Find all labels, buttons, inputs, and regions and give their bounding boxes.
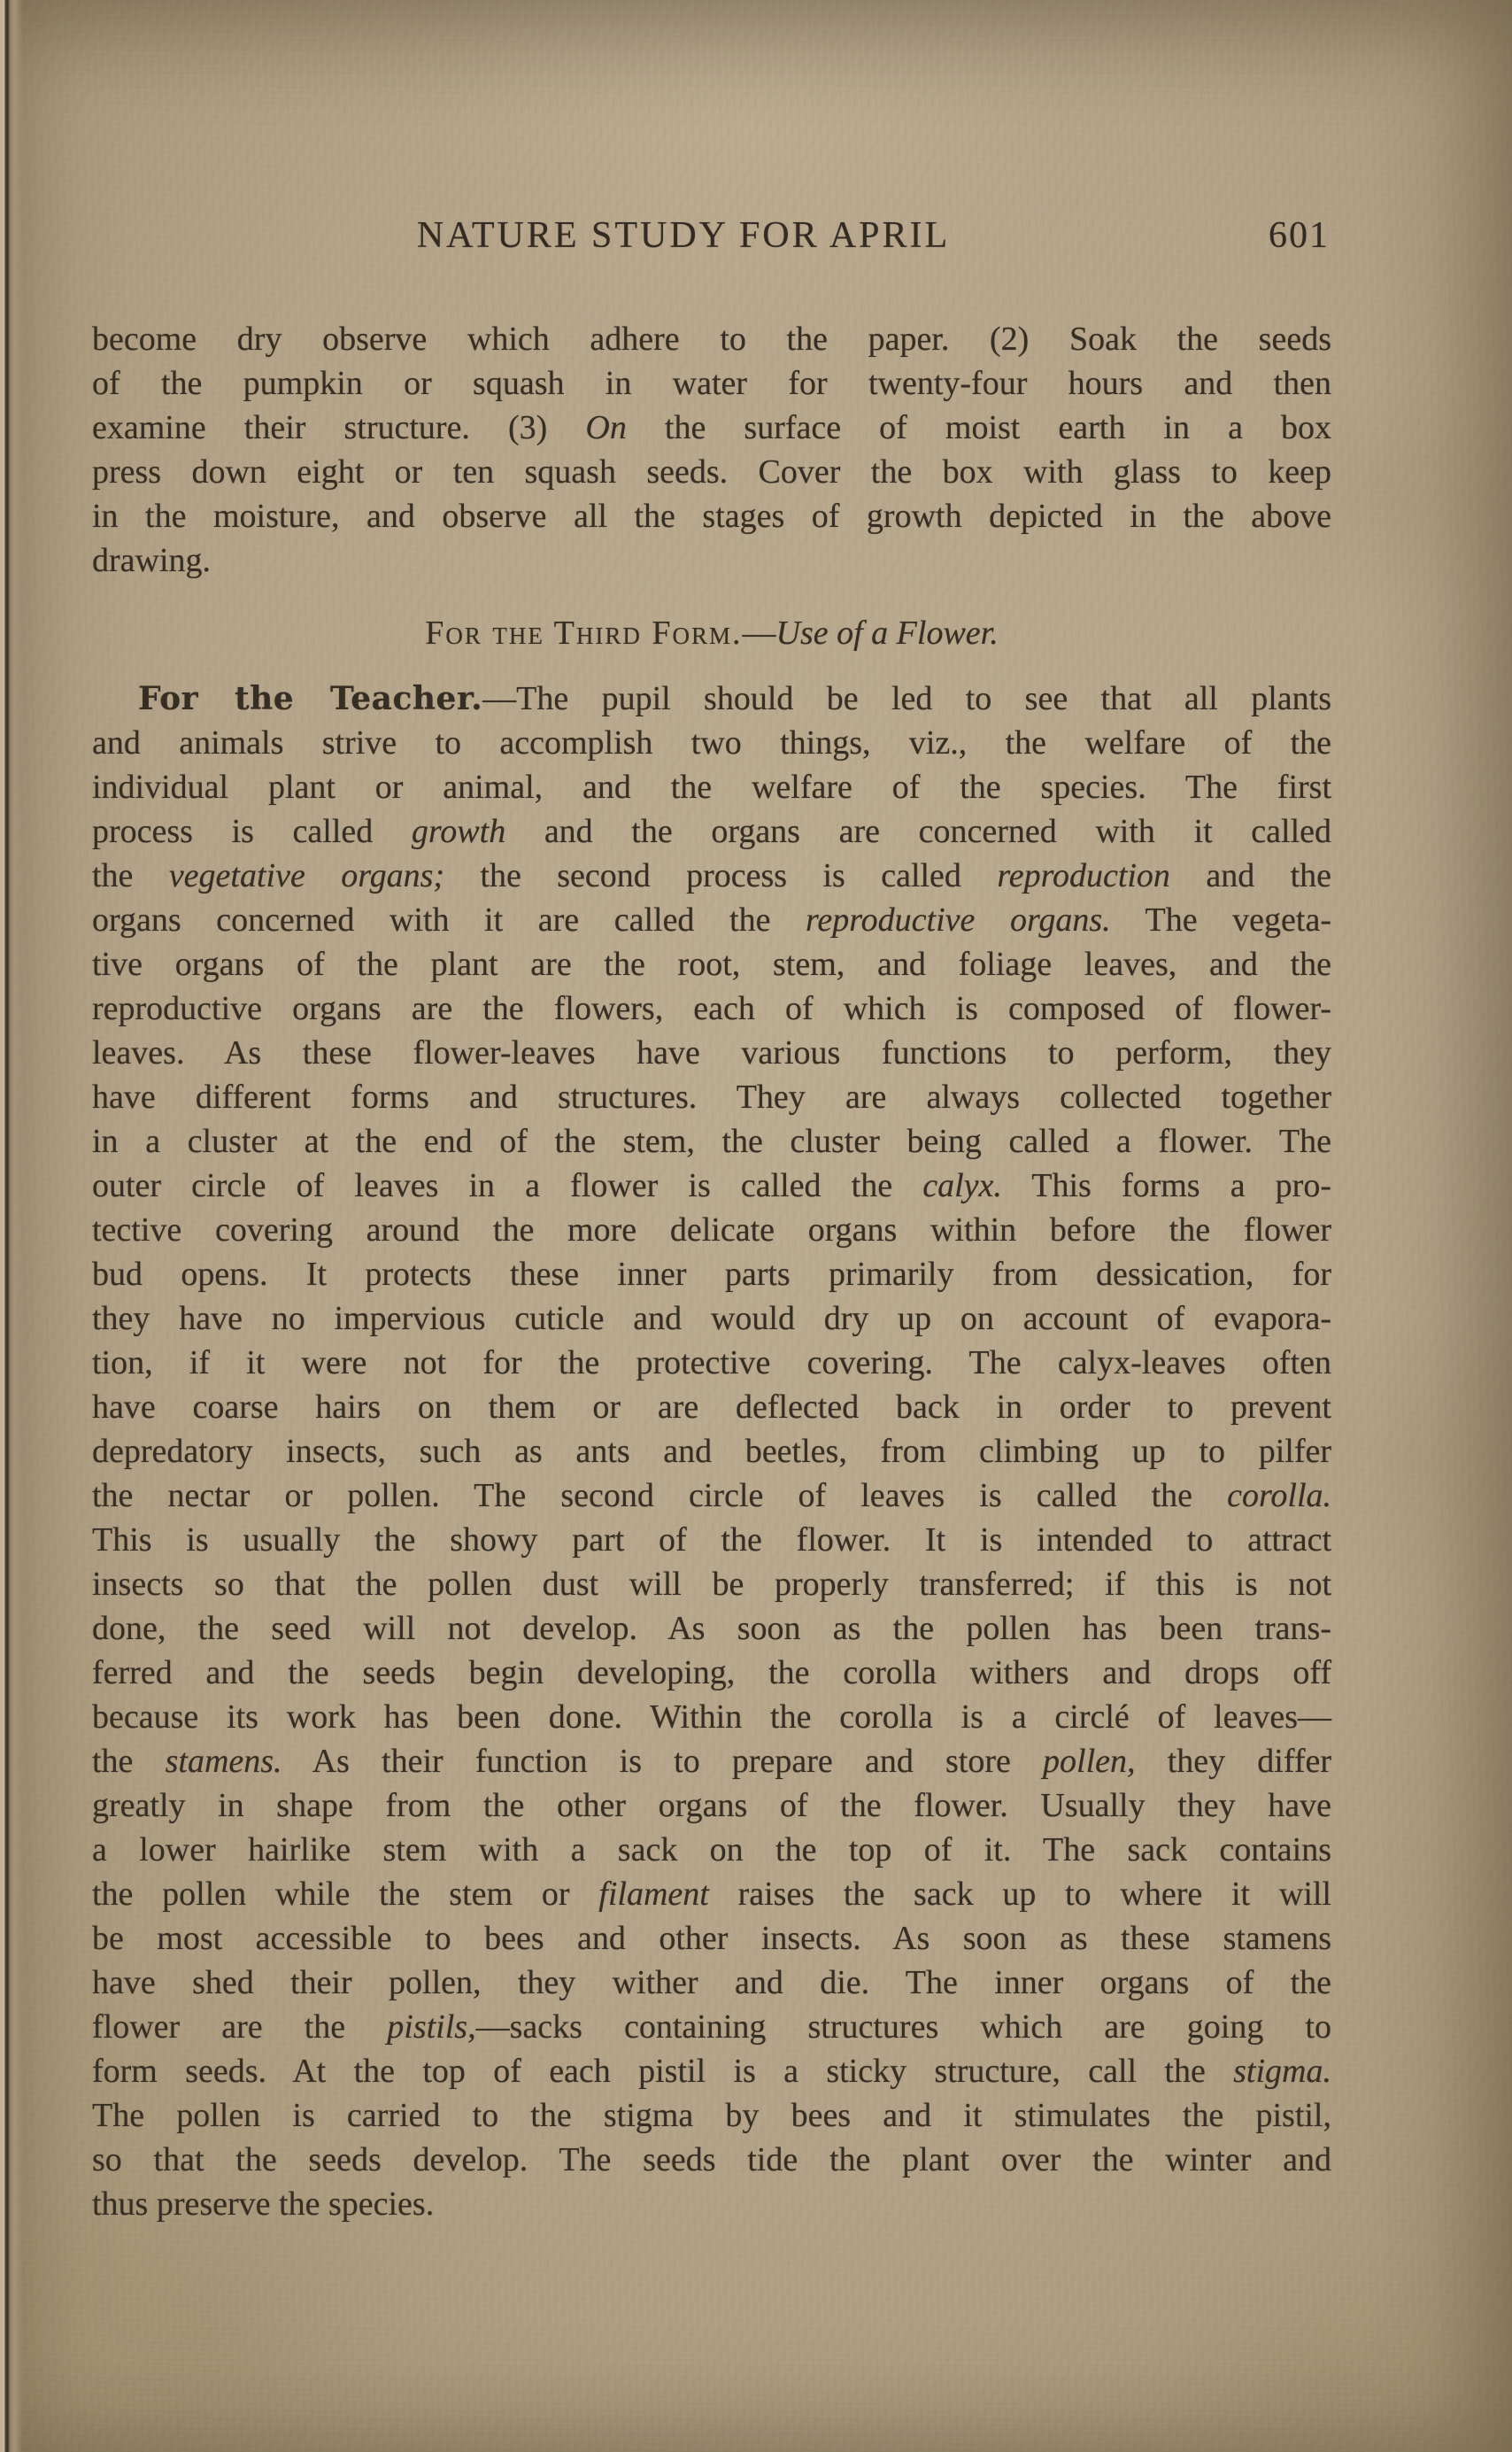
text-run: corolla.	[1227, 1477, 1331, 1514]
text-line: For the Teacher.—The pupil should be led…	[92, 677, 1331, 721]
paragraph-seed-experiments: become dry observe which adhere to the p…	[92, 317, 1331, 583]
text-run: reproductive organs.	[806, 901, 1111, 939]
text-run: individual plant or animal, and the welf…	[92, 769, 1331, 806]
text-run: growth	[412, 813, 505, 850]
book-gutter-shadow	[0, 0, 23, 2452]
text-run: bud opens. It protects these inner parts…	[92, 1256, 1331, 1293]
text-run: the second process is called	[444, 857, 997, 894]
text-run: This is usually the showy part of the fl…	[92, 1521, 1331, 1559]
text-line: become dry observe which adhere to the p…	[92, 317, 1331, 361]
text-run: and the	[1170, 857, 1331, 894]
text-line: the stamens. As their function is to pre…	[92, 1739, 1331, 1783]
text-run: and the organs are concerned with it cal…	[505, 813, 1331, 850]
text-line: insects so that the pollen dust will be …	[92, 1562, 1331, 1606]
text-run: done, the seed will not develop. As soon…	[92, 1610, 1331, 1647]
page-title: NATURE STUDY FOR APRIL	[417, 213, 950, 259]
text-line: flower are the pistils,—sacks containing…	[92, 2005, 1331, 2049]
text-line: depredatory insects, such as ants and be…	[92, 1429, 1331, 1474]
text-line: The pollen is carried to the stigma by b…	[92, 2093, 1331, 2138]
text-run: outer circle of leaves in a flower is ca…	[92, 1167, 922, 1204]
text-run: —	[743, 615, 776, 652]
text-run: thus preserve the species.	[92, 2185, 434, 2223]
text-run: The pollen is carried to the stigma by b…	[92, 2097, 1331, 2134]
text-run: because its work has been done. Within t…	[92, 1698, 1331, 1736]
text-run: the	[92, 857, 169, 894]
text-line: press down eight or ten squash seeds. Co…	[92, 450, 1331, 494]
text-line: the nectar or pollen. The second circle …	[92, 1474, 1331, 1518]
text-run: become dry observe which adhere to the p…	[92, 321, 1331, 358]
text-run: examine their structure. (3)	[92, 409, 585, 446]
text-run: have coarse hairs on them or are deflect…	[92, 1388, 1331, 1426]
text-run: ferred and the seeds begin developing, t…	[92, 1654, 1331, 1691]
text-run: form seeds. At the top of each pistil is…	[92, 2053, 1233, 2090]
text-run: process is called	[92, 813, 412, 850]
text-run: reproduction	[997, 857, 1170, 894]
text-line: This is usually the showy part of the fl…	[92, 1518, 1331, 1562]
text-run: tion, if it were not for the protective …	[92, 1344, 1331, 1381]
text-run: On	[585, 409, 626, 446]
text-line: in a cluster at the end of the stem, the…	[92, 1119, 1331, 1164]
text-run: have different forms and structures. The…	[92, 1079, 1331, 1116]
page-header: NATURE STUDY FOR APRIL 601	[92, 213, 1331, 259]
text-line: examine their structure. (3) On the surf…	[92, 406, 1331, 450]
text-run: Use of a Flower.	[776, 615, 999, 652]
text-line: they have no impervious cuticle and woul…	[92, 1296, 1331, 1341]
text-line: organs concerned with it are called the …	[92, 898, 1331, 942]
text-run: tive organs of the plant are the root, s…	[92, 946, 1331, 983]
page-content: NATURE STUDY FOR APRIL 601 become dry ob…	[92, 0, 1331, 2226]
text-run: they differ	[1136, 1743, 1331, 1780]
text-run: The vegeta-	[1111, 901, 1331, 939]
text-run: the surface of moist earth in a box	[627, 409, 1331, 446]
text-line: the pollen while the stem or filament ra…	[92, 1872, 1331, 1916]
text-run: vegetative organs;	[169, 857, 444, 894]
text-run: pollen,	[1043, 1743, 1135, 1780]
text-run: a lower hairlike stem with a sack on the…	[92, 1831, 1331, 1868]
text-run: stamens.	[166, 1743, 282, 1780]
text-run: organs concerned with it are called the	[92, 901, 806, 939]
text-line: drawing.	[92, 538, 1331, 583]
text-run: For the Third Form.	[425, 615, 742, 652]
text-run: raises the sack up to where it will	[709, 1876, 1331, 1913]
text-line: done, the seed will not develop. As soon…	[92, 1606, 1331, 1651]
text-run: press down eight or ten squash seeds. Co…	[92, 453, 1331, 491]
text-run: reproductive organs are the flowers, eac…	[92, 990, 1331, 1027]
text-run: —The pupil should be led to see that all…	[482, 680, 1331, 717]
text-run: flower are the	[92, 2008, 387, 2046]
text-line: the vegetative organs; the second proces…	[92, 854, 1331, 898]
text-run: in a cluster at the end of the stem, the…	[92, 1123, 1331, 1160]
text-run: For the Teacher.	[138, 680, 482, 717]
text-line: have shed their pollen, they wither and …	[92, 1961, 1331, 2005]
text-line: have different forms and structures. The…	[92, 1075, 1331, 1119]
text-line: tion, if it were not for the protective …	[92, 1341, 1331, 1385]
text-run: the nectar or pollen. The second circle …	[92, 1477, 1227, 1514]
text-run: of the pumpkin or squash in water for tw…	[92, 365, 1331, 402]
text-line: thus preserve the species.	[92, 2182, 1331, 2226]
section-heading: For the Third Form.—Use of a Flower.	[92, 611, 1331, 655]
text-line: because its work has been done. Within t…	[92, 1695, 1331, 1739]
text-line: outer circle of leaves in a flower is ca…	[92, 1164, 1331, 1208]
text-run: be most accessible to bees and other ins…	[92, 1920, 1331, 1957]
text-line: in the moisture, and observe all the sta…	[92, 494, 1331, 538]
text-line: tective covering around the more delicat…	[92, 1208, 1331, 1252]
text-run: and animals strive to accomplish two thi…	[92, 724, 1331, 762]
text-run: insects so that the pollen dust will be …	[92, 1566, 1331, 1603]
text-line: have coarse hairs on them or are deflect…	[92, 1385, 1331, 1429]
text-line: bud opens. It protects these inner parts…	[92, 1252, 1331, 1296]
text-line: be most accessible to bees and other ins…	[92, 1916, 1331, 1961]
text-run: pistils,	[387, 2008, 475, 2046]
paragraph-for-the-teacher: For the Teacher.—The pupil should be led…	[92, 677, 1331, 2226]
text-line: leaves. As these flower-leaves have vari…	[92, 1031, 1331, 1075]
text-run: —sacks containing structures which are g…	[476, 2008, 1331, 2046]
text-line: so that the seeds develop. The seeds tid…	[92, 2138, 1331, 2182]
text-line: of the pumpkin or squash in water for tw…	[92, 361, 1331, 406]
text-line: ferred and the seeds begin developing, t…	[92, 1651, 1331, 1695]
text-line: process is called growth and the organs …	[92, 809, 1331, 854]
text-line: tive organs of the plant are the root, s…	[92, 942, 1331, 986]
text-line: individual plant or animal, and the welf…	[92, 765, 1331, 809]
text-run: in the moisture, and observe all the sta…	[92, 498, 1331, 535]
text-run: As their function is to prepare and stor…	[282, 1743, 1043, 1780]
text-run: so that the seeds develop. The seeds tid…	[92, 2141, 1331, 2178]
text-run: calyx.	[922, 1167, 1002, 1204]
text-line: greatly in shape from the other organs o…	[92, 1783, 1331, 1828]
text-run: greatly in shape from the other organs o…	[92, 1787, 1331, 1824]
text-run: the	[92, 1743, 166, 1780]
text-line: a lower hairlike stem with a sack on the…	[92, 1828, 1331, 1872]
text-line: and animals strive to accomplish two thi…	[92, 721, 1331, 765]
text-run: This forms a pro-	[1002, 1167, 1331, 1204]
text-line: reproductive organs are the flowers, eac…	[92, 986, 1331, 1031]
text-run: leaves. As these flower-leaves have vari…	[92, 1034, 1331, 1071]
text-line: form seeds. At the top of each pistil is…	[92, 2049, 1331, 2093]
scanned-book-page: NATURE STUDY FOR APRIL 601 become dry ob…	[0, 0, 1512, 2452]
page-number: 601	[1269, 213, 1330, 259]
text-run: depredatory insects, such as ants and be…	[92, 1433, 1331, 1470]
text-run: filament	[598, 1876, 709, 1913]
text-run: stigma.	[1233, 2053, 1331, 2090]
text-run: tective covering around the more delicat…	[92, 1211, 1331, 1249]
text-run: drawing.	[92, 542, 211, 579]
text-run: the pollen while the stem or	[92, 1876, 598, 1913]
text-run: have shed their pollen, they wither and …	[92, 1964, 1331, 2001]
text-run: they have no impervious cuticle and woul…	[92, 1300, 1331, 1337]
